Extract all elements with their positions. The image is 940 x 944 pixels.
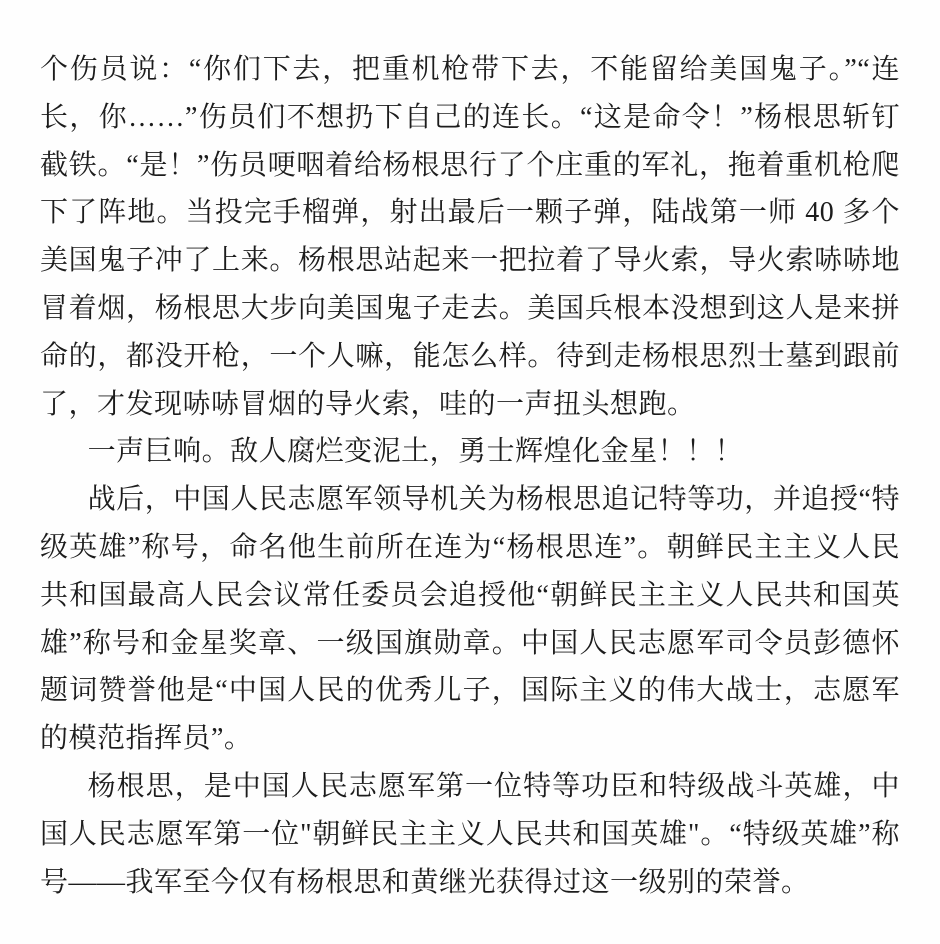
document-page: 个伤员说：“你们下去，把重机枪带下去，不能留给美国鬼子。”“连长，你……”伤员们…: [0, 0, 940, 944]
paragraph-explosion: 一声巨响。敌人腐烂变泥土，勇士辉煌化金星！！！: [40, 428, 900, 476]
paragraph-legacy: 杨根思，是中国人民志愿军第一位特等功臣和特级战斗英雄，中国人民志愿军第一位"朝鲜…: [40, 763, 900, 906]
paragraph-honors: 战后，中国人民志愿军领导机关为杨根思追记特等功，并追授“特级英雄”称号，命名他生…: [40, 476, 900, 763]
paragraph-battle-scene: 个伤员说：“你们下去，把重机枪带下去，不能留给美国鬼子。”“连长，你……”伤员们…: [40, 46, 900, 428]
